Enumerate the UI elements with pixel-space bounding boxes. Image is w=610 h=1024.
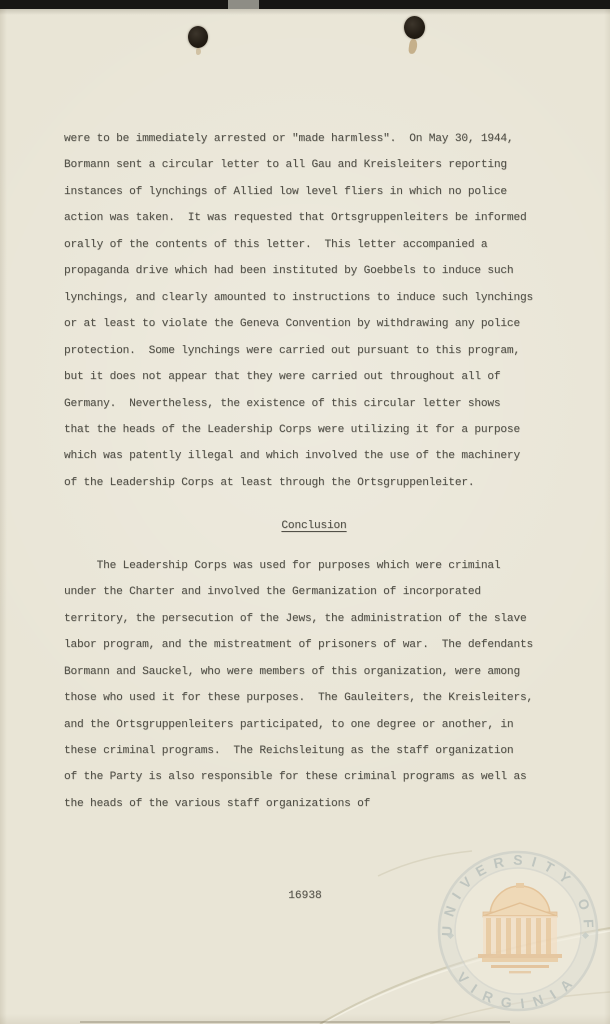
punch-hole-left <box>188 26 208 48</box>
university-of-virginia-stamp: UNIVERSITY OF VIRGINIA <box>433 846 603 1016</box>
scan-top-bar-shadow <box>0 9 610 15</box>
scan-top-bar-gap <box>228 0 259 9</box>
punch-hole-right <box>404 16 425 39</box>
body-paragraph-1: were to be immediately arrested or "made… <box>64 126 564 496</box>
punch-hole-left-tear <box>196 48 201 55</box>
scan-top-bar <box>0 0 610 9</box>
conclusion-heading: Conclusion <box>64 513 564 539</box>
punch-hole-right-tear <box>408 39 418 55</box>
typewritten-text-block: were to be immediately arrested or "made… <box>64 126 564 817</box>
conclusion-paragraph: The Leadership Corps was used for purpos… <box>64 553 564 818</box>
document-page: were to be immediately arrested or "made… <box>0 0 610 1024</box>
